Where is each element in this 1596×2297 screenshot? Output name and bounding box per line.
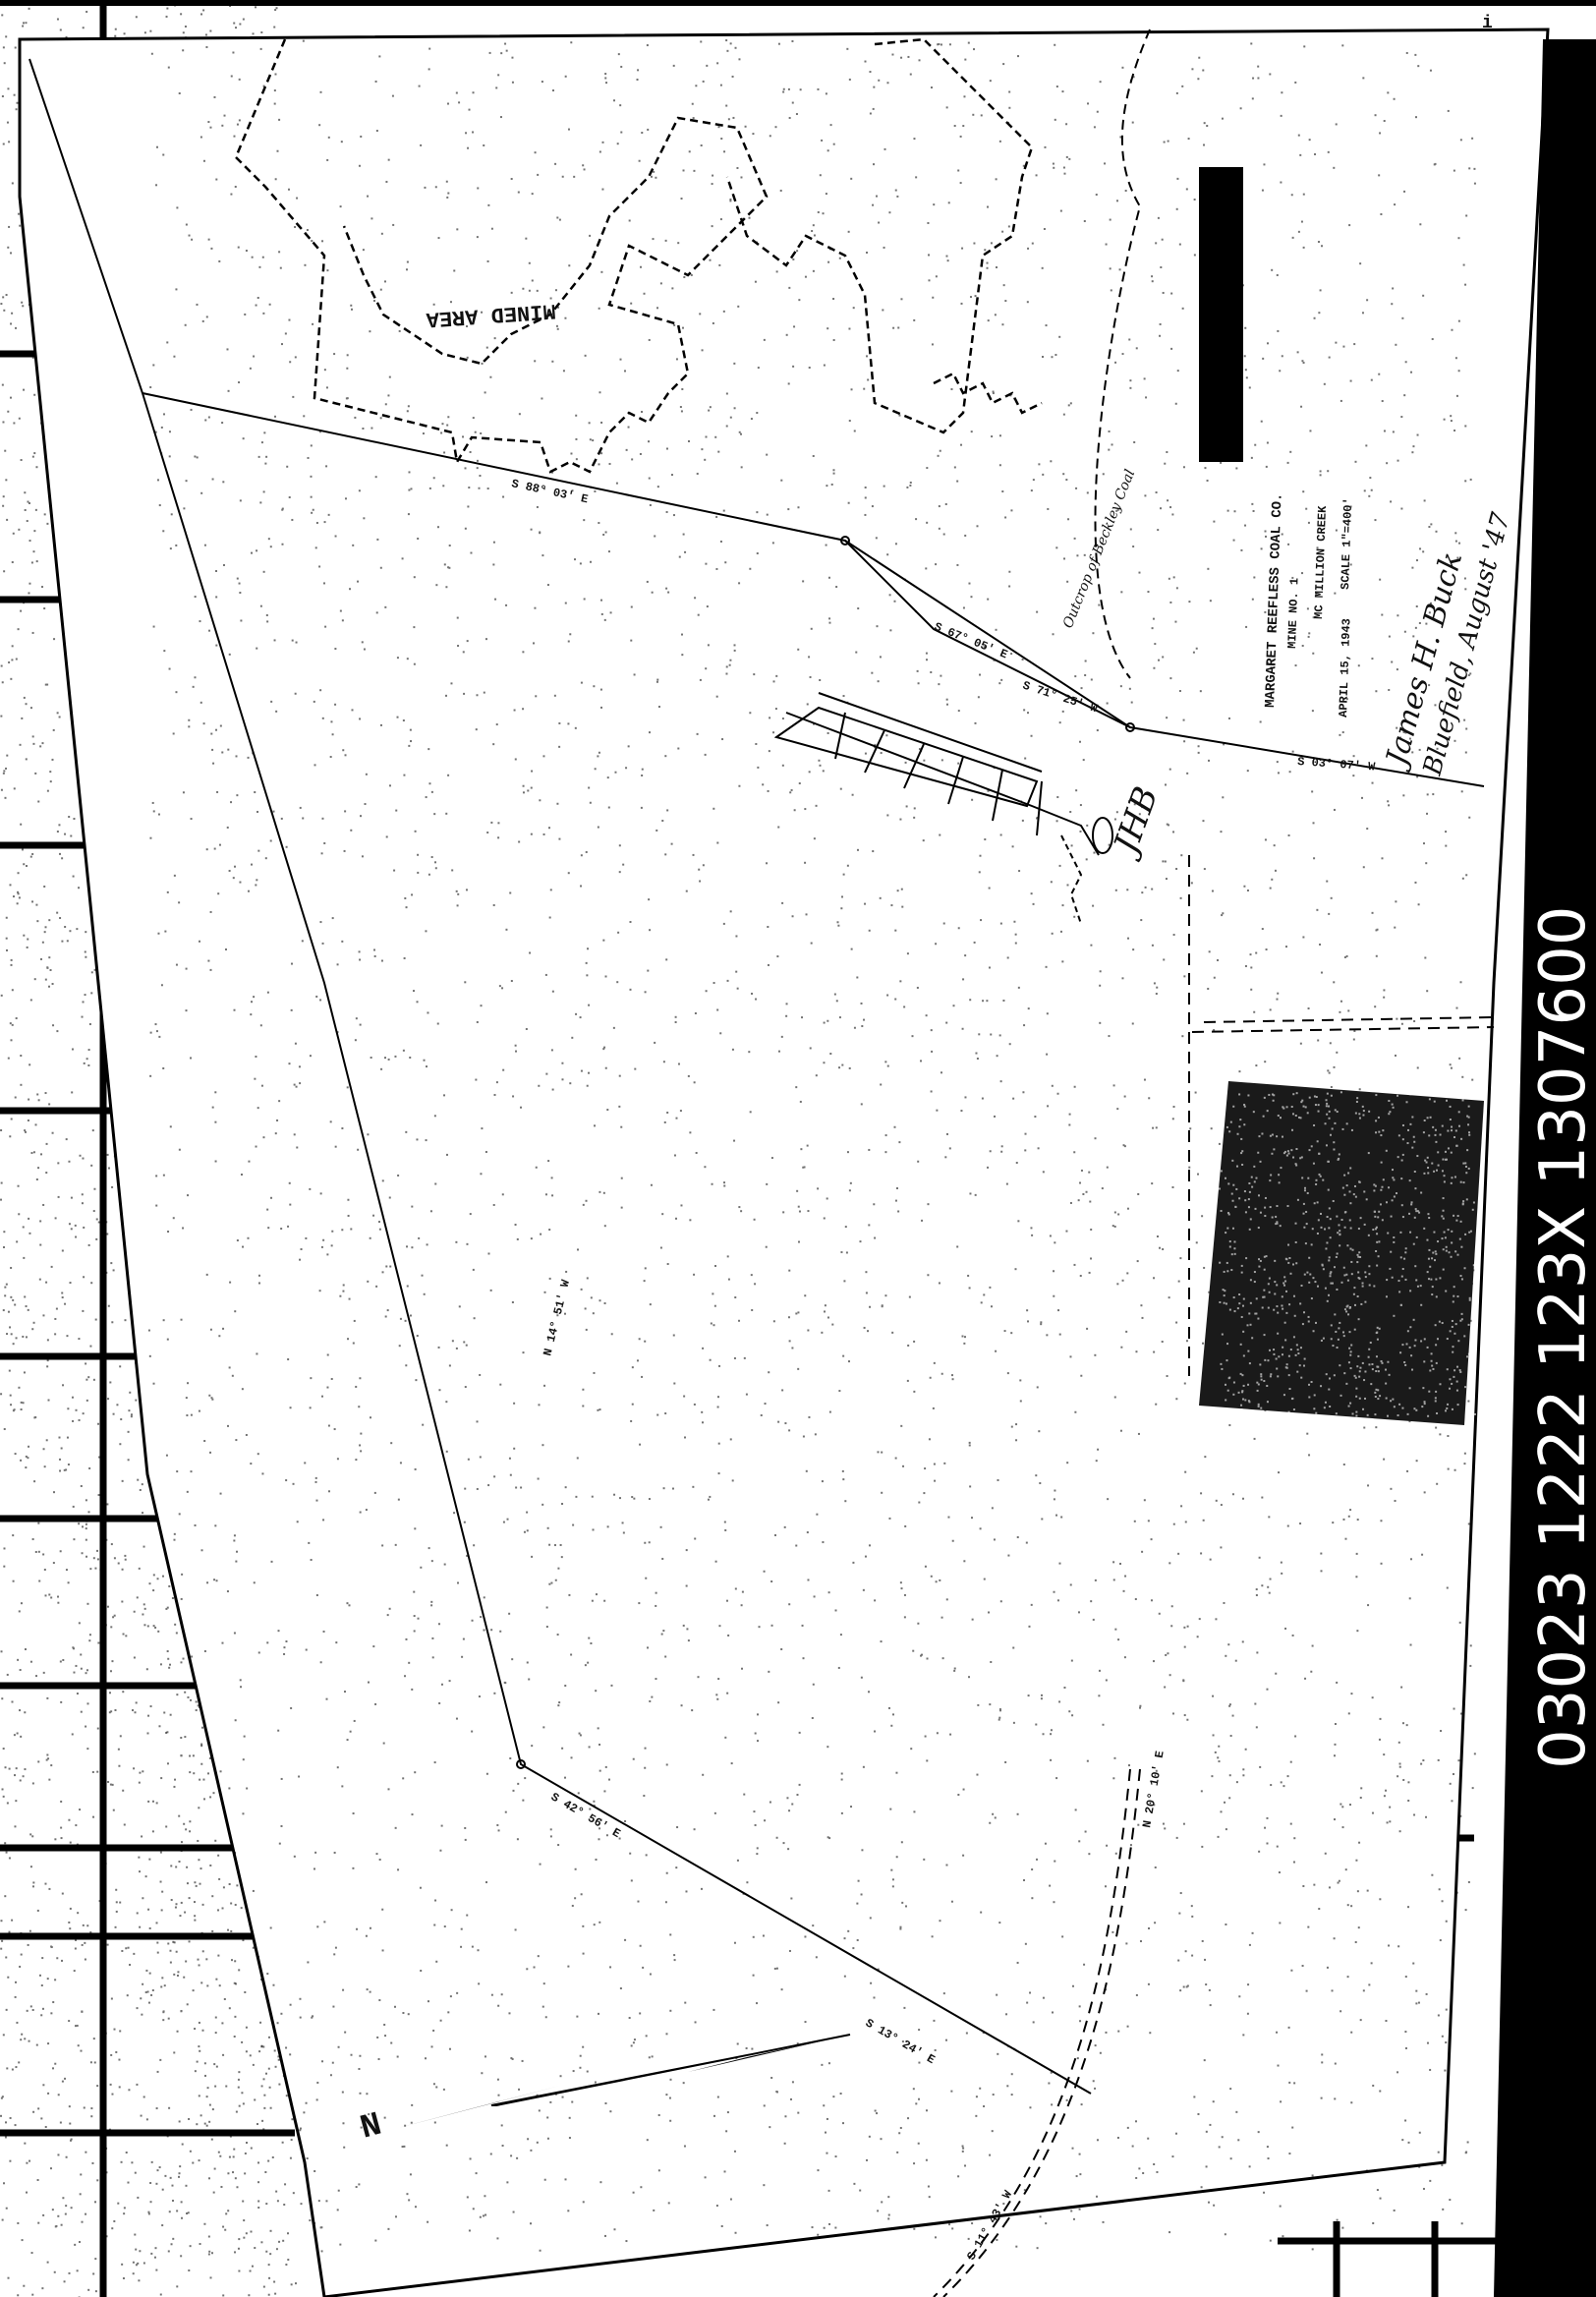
- stamp-box: [1199, 1081, 1484, 1425]
- film-strip-code: 03023 1222 123X 1307600: [1527, 905, 1596, 1769]
- scanned-map-canvas: 03023 1222 123X 1307600 i MINED AREA Out…: [0, 0, 1596, 2297]
- top-scan-border: [0, 0, 1596, 6]
- title-mine: MINE NO. 1: [1285, 578, 1302, 649]
- corner-mark: i: [1482, 14, 1493, 33]
- film-tab: [1199, 167, 1243, 462]
